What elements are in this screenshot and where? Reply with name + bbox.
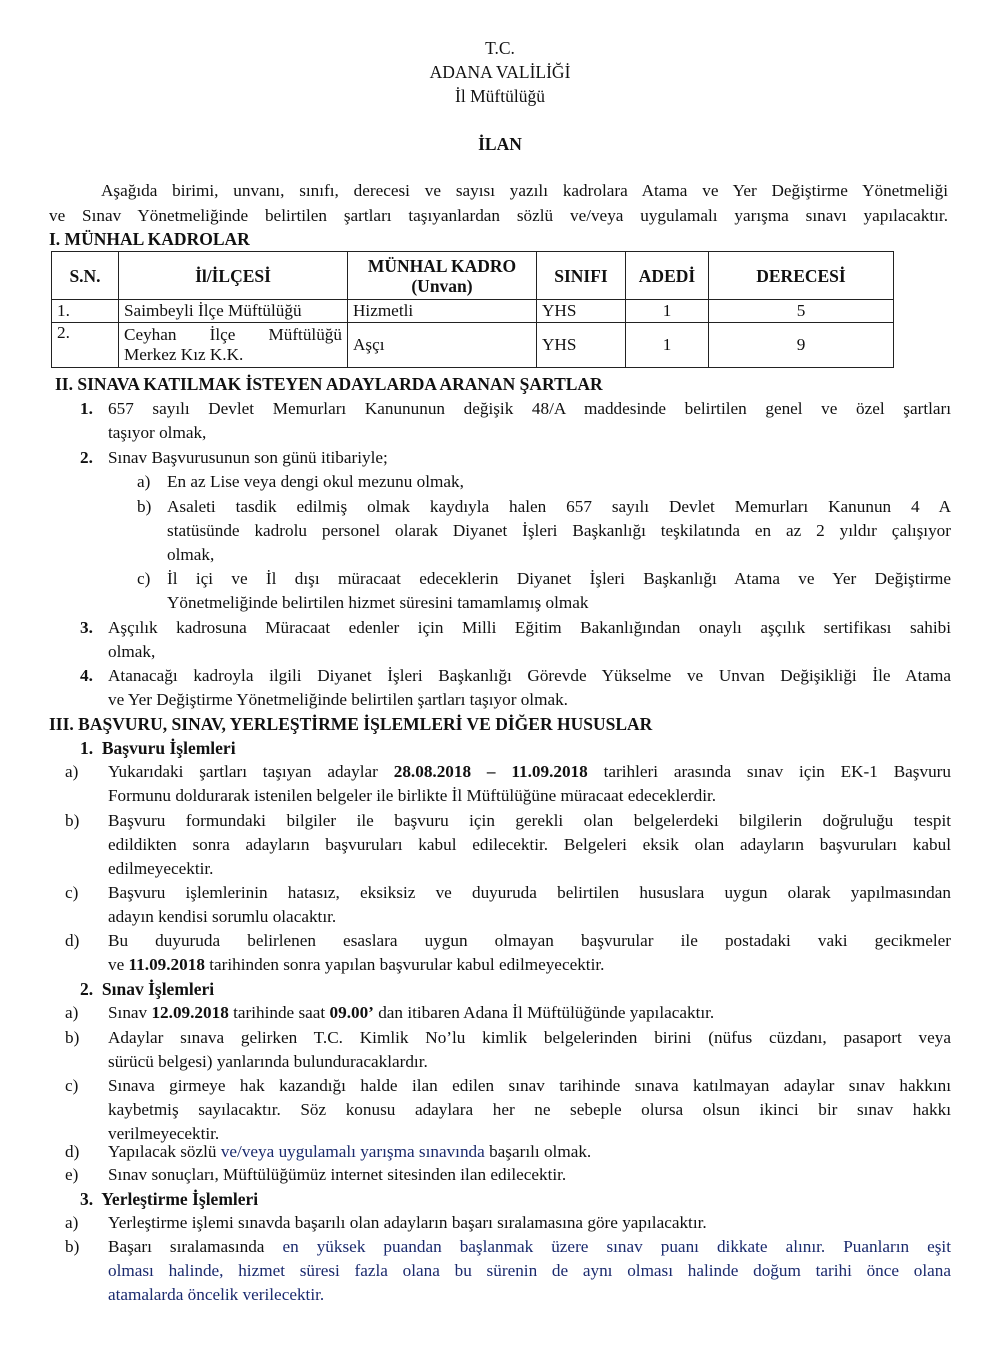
cell-unvan: Aşçı (348, 323, 537, 368)
cell-ilce: Saimbeyli İlçe Müftülüğü (119, 300, 348, 323)
cell-sinifi: YHS (537, 300, 626, 323)
exam-date: 12.09.2018 (151, 1003, 228, 1022)
item-2c-line-1: İl içi ve İl dışı müracaat edeceklerin D… (167, 568, 951, 590)
sinav-a-line: Sınav 12.09.2018 tarihinde saat 09.00’ d… (108, 1002, 714, 1024)
sub-letter: d) (65, 1141, 79, 1163)
sub-letter: a) (65, 1212, 78, 1234)
sub-letter: a) (137, 471, 150, 493)
sinav-b-line-1: Adaylar sınava gelirken T.C. Kimlik No’l… (108, 1027, 951, 1049)
col-header-adedi: ADEDİ (626, 252, 709, 300)
item-2b-line-3: olmak, (167, 544, 214, 566)
section-3-heading: III. BAŞVURU, SINAV, YERLEŞTİRME İŞLEMLE… (49, 713, 652, 735)
col-header-kadro: MÜNHAL KADRO (Unvan) (348, 252, 537, 300)
sub-letter: b) (137, 496, 151, 518)
header-valilik: ADANA VALİLİĞİ (0, 61, 1000, 83)
section-1-heading: I. MÜNHAL KADROLAR (49, 228, 250, 250)
deadline-date: 11.09.2018 (129, 955, 205, 974)
basvuru-d-line-2: ve 11.09.2018 tarihinden sonra yapılan b… (108, 954, 604, 976)
cell-ilce-line1: Ceyhan İlçe Müftülüğü (124, 325, 342, 345)
basvuru-b-line-3: edilmeyecektir. (108, 858, 213, 880)
sinav-b-line-2: sürücü belgesi) yanlarında bulunduracakl… (108, 1051, 428, 1073)
exam-time: 09.00’ (330, 1003, 374, 1022)
yerlestirme-b-line-2: olması halinde, hizmet süresi fazla olan… (108, 1260, 951, 1282)
item-1-line-1: 657 sayılı Devlet Memurları Kanununun de… (108, 398, 951, 420)
item-2b-line-2: statüsünde kadrolu personel olarak Diyan… (167, 520, 951, 542)
col-header-kadro-line1: MÜNHAL KADRO (353, 256, 531, 276)
basvuru-c-line-1: Başvuru işlemlerinin hatasız, eksiksiz v… (108, 882, 951, 904)
item-2c-line-2: Yönetmeliğinde belirtilen hizmet süresin… (167, 592, 588, 614)
sinav-c-line-2: kaybetmiş sayılacaktır. Söz konusu adayl… (108, 1099, 951, 1121)
table-row: 2. Ceyhan İlçe Müftülüğü Merkez Kız K.K.… (52, 323, 894, 368)
intro-line-1: Aşağıda birimi, unvanı, sınıfı, derecesi… (101, 180, 948, 202)
sub-letter: a) (65, 761, 78, 783)
basvuru-a-line-1: Yukarıdaki şartları taşıyan adaylar 28.0… (108, 761, 951, 783)
item-number: 3. (80, 617, 93, 639)
cell-sn: 2. (52, 323, 119, 368)
item-3-line-2: olmak, (108, 641, 155, 663)
sub-letter: c) (65, 1075, 78, 1097)
basvuru-b-line-1: Başvuru formundaki bilgiler ile başvuru … (108, 810, 951, 832)
cell-sinifi: YHS (537, 323, 626, 368)
application-dates: 28.08.2018 – 11.09.2018 (394, 762, 588, 781)
basvuru-c-line-2: adayın kendisi sorumlu olacaktır. (108, 906, 336, 928)
sinav-e-line: Sınav sonuçları, Müftülüğümüz internet s… (108, 1164, 566, 1186)
subsection-yerlestirme-title: 3. Yerleştirme İşlemleri (80, 1188, 258, 1210)
sub-letter: a) (65, 1002, 78, 1024)
cell-adedi: 1 (626, 323, 709, 368)
header-tc: T.C. (0, 37, 1000, 59)
section-2-heading: II. SINAVA KATILMAK İSTEYEN ADAYLARDA AR… (55, 373, 603, 395)
sinav-c-line-1: Sınava girmeye hak kazandığı halde ilan … (108, 1075, 951, 1097)
sub-letter: c) (137, 568, 150, 590)
subsection-sinav-title: 2. Sınav İşlemleri (80, 978, 214, 1000)
cell-sn: 1. (52, 300, 119, 323)
yerlestirme-b-line-3: atamalarda öncelik verilecektir. (108, 1284, 324, 1306)
col-header-kadro-line2: (Unvan) (353, 276, 531, 296)
item-1-line-2: taşıyor olmak, (108, 422, 206, 444)
intro-line-2: ve Sınav Yönetmeliğinde belirtilen şartl… (49, 205, 948, 227)
item-3-line-1: Aşçılık kadrosuna Müracaat edenler için … (108, 617, 951, 639)
yerlestirme-b-line-1: Başarı sıralamasında en yüksek puandan b… (108, 1236, 951, 1258)
col-header-sn: S.N. (52, 252, 119, 300)
cell-ilce: Ceyhan İlçe Müftülüğü Merkez Kız K.K. (119, 323, 348, 368)
page-title: İLAN (0, 134, 1000, 155)
col-header-sinifi: SINIFI (537, 252, 626, 300)
subsection-basvuru-title: 1. Başvuru İşlemleri (80, 737, 236, 759)
cell-ilce-line2: Merkez Kız K.K. (124, 345, 342, 365)
header-muftuluk: İl Müftülüğü (0, 85, 1000, 107)
col-header-derecesi: DERECESİ (709, 252, 894, 300)
col-header-ilce: İl/İLÇESİ (119, 252, 348, 300)
vacancy-table: S.N. İl/İLÇESİ MÜNHAL KADRO (Unvan) SINI… (51, 251, 894, 368)
sub-letter: b) (65, 810, 79, 832)
announcement-page: T.C. ADANA VALİLİĞİ İl Müftülüğü İLAN Aş… (0, 0, 1000, 1367)
sub-letter: e) (65, 1164, 78, 1186)
cell-derecesi: 9 (709, 323, 894, 368)
item-4-line-2: ve Yer Değiştirme Yönetmeliğinde belirti… (108, 689, 568, 711)
item-2-line-1: Sınav Başvurusunun son günü itibariyle; (108, 447, 388, 469)
sub-letter: d) (65, 930, 79, 952)
basvuru-b-line-2: edildikten sonra adayların başvuruları k… (108, 834, 951, 856)
cell-derecesi: 5 (709, 300, 894, 323)
item-number: 2. (80, 447, 93, 469)
item-number: 1. (80, 398, 93, 420)
basvuru-a-line-2: Formunu doldurarak istenilen belgeler il… (108, 785, 716, 807)
item-number: 4. (80, 665, 93, 687)
sub-letter: b) (65, 1236, 79, 1258)
sub-letter: c) (65, 882, 78, 904)
item-2a-line-1: En az Lise veya dengi okul mezunu olmak, (167, 471, 464, 493)
sinav-d-line: Yapılacak sözlü ve/veya uygulamalı yarış… (108, 1141, 591, 1163)
item-4-line-1: Atanacağı kadroyla ilgili Diyanet İşleri… (108, 665, 951, 687)
sub-letter: b) (65, 1027, 79, 1049)
item-2b-line-1: Asaleti tasdik edilmiş olmak kaydıyla ha… (167, 496, 951, 518)
basvuru-d-line-1: Bu duyuruda belirlenen esaslara uygun ol… (108, 930, 951, 952)
table-row: 1. Saimbeyli İlçe Müftülüğü Hizmetli YHS… (52, 300, 894, 323)
cell-unvan: Hizmetli (348, 300, 537, 323)
cell-adedi: 1 (626, 300, 709, 323)
yerlestirme-a-line: Yerleştirme işlemi sınavda başarılı olan… (108, 1212, 707, 1234)
